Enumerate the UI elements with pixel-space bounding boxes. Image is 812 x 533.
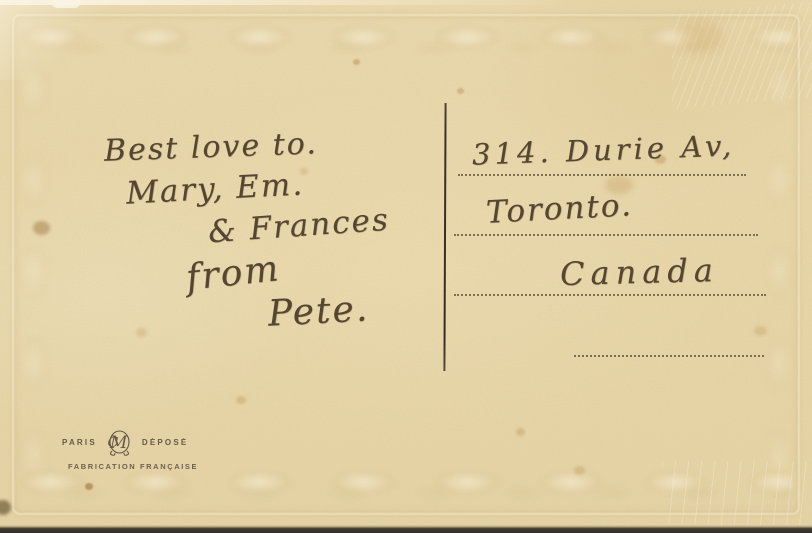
card-edge-shadow [0,525,812,533]
imprint-origin-label: FABRICATION FRANÇAISE [68,462,198,471]
corner-wear-top-left [0,0,110,80]
postcard-back: Best love to. Mary, Em. & Frances from P… [0,0,812,533]
address-rule-1 [458,174,746,176]
embossed-border-left [16,60,50,469]
svg-text:C: C [107,435,118,451]
message-line-3: & Frances [207,202,391,251]
message-line-1: Best love to. [103,126,318,168]
embossed-scroll-border-top [20,18,792,66]
address-line-city: Toronto. [485,187,633,231]
address-line-country: Canada [560,251,720,293]
publisher-imprint: PARIS M C DÉPOSÉ FABRICATION FRANÇAISE [62,427,198,471]
message-line-2: Mary, Em. [125,166,305,211]
address-line-street: 314. Durie Av, [471,128,735,171]
address-divider-line [443,103,446,371]
worn-top-edge [0,0,570,5]
message-line-4: from [184,248,282,299]
address-rule-2 [454,234,758,236]
crease-bottom-right [662,461,812,525]
scratches-top-right [672,2,812,109]
message-signature: Pete. [267,288,370,334]
monogram-icon: M C [106,427,133,457]
address-rule-3 [454,294,766,296]
imprint-registered-label: DÉPOSÉ [142,438,189,447]
torn-edge-notch [52,0,80,8]
address-rule-4 [574,355,764,357]
embossed-border-right [762,60,796,469]
imprint-city-label: PARIS [62,438,97,447]
